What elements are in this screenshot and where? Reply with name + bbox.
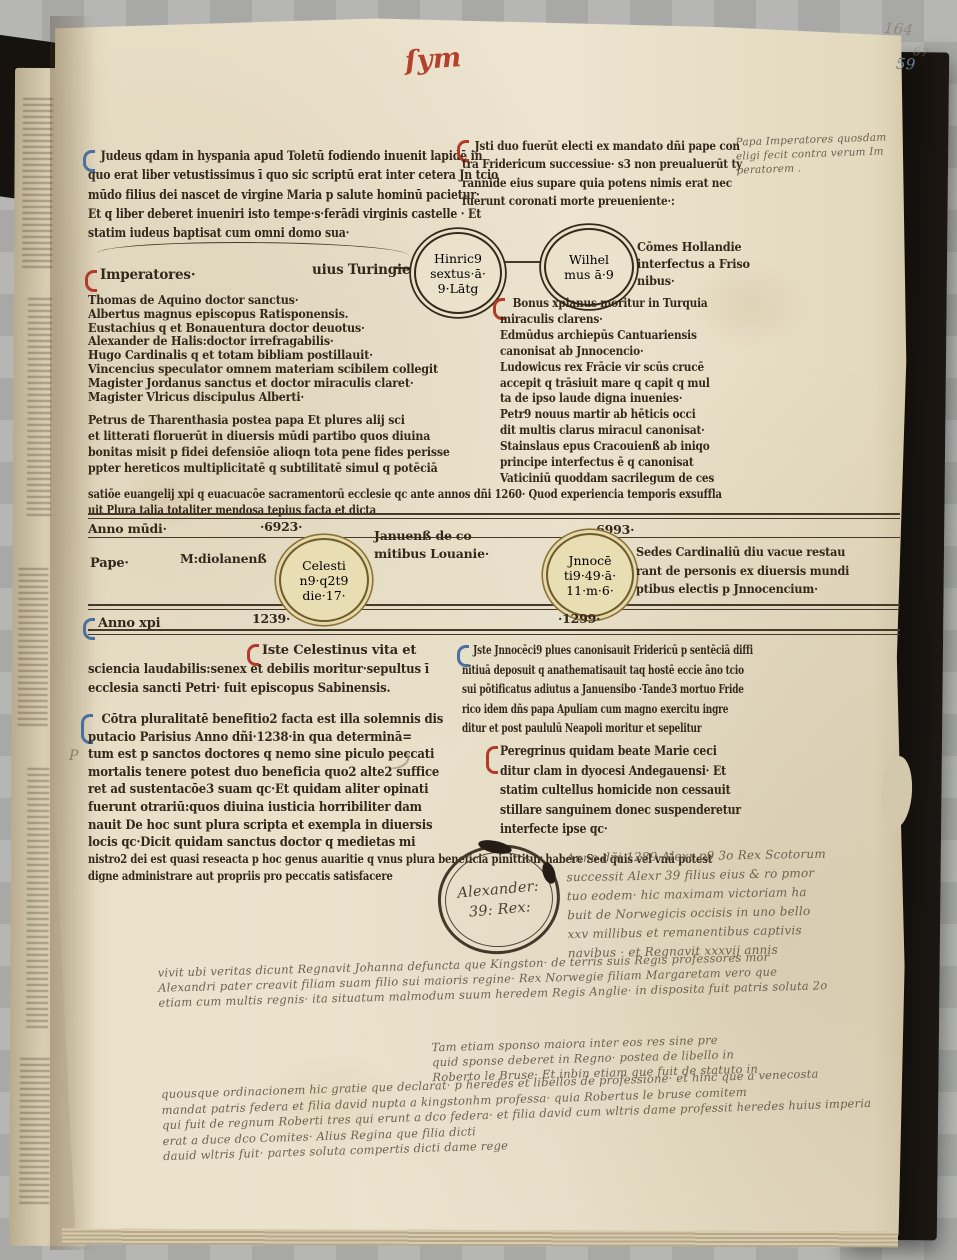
comes-hollandie-note: Cōmes Hollandieinterfectus a Frisonibus· — [637, 238, 762, 289]
edge-text-fragment — [18, 568, 49, 728]
text-line: mitibus Louanie· — [374, 545, 489, 563]
sedes-cardinalium-note: Sedes Cardinaliū diu vacue restaurant de… — [636, 543, 873, 599]
text-line: Thomas de Aquino doctor sanctus· — [88, 294, 438, 308]
timeline-dash — [505, 261, 540, 263]
scholars-list: Thomas de Aquino doctor sanctus·Albertus… — [88, 294, 464, 404]
text-line: mus ā·9 — [564, 267, 614, 282]
text-line: ecclesia sancti Petri· fuit episcopus Sa… — [88, 679, 429, 698]
text-line: Hugo Cardinalis q et totam bibliam posti… — [88, 349, 438, 363]
text-line: Eustachius q et Bonauentura doctor deuot… — [88, 322, 438, 336]
text-line: ta de ipso laude digna inuenies· — [500, 390, 714, 406]
text-line: Iste Celestinus vita et — [262, 641, 416, 660]
pape-label: Pape· — [90, 556, 129, 571]
text-line: mūdo filius dei nascet de virgine Maria … — [88, 186, 498, 205]
text-line: Et q liber deberet inueniri isto tempe·s… — [88, 205, 498, 224]
pope-circle-innocentius: Jnnocēti9·49·ā·11·m·6· — [546, 533, 634, 617]
text-line: Albertus magnus episcopus Ratisponensis. — [88, 308, 438, 322]
bottom-page-edges — [62, 1229, 898, 1248]
edge-text-fragment — [26, 768, 49, 1028]
text-line: Hinric9 — [434, 251, 482, 266]
text-line: fuerunt coronati morte preueniente·: — [462, 192, 742, 210]
lombard-paraph-red — [85, 270, 97, 292]
text-line: ptibus electis p Jnnocencium· — [636, 580, 849, 599]
text-line: accepit q trāsiuit mare q capit q mul — [500, 375, 714, 391]
text-line: sextus·ā· — [430, 266, 486, 281]
text-line: Cōmes Hollandie — [637, 238, 750, 255]
text-line: interfecte ipse qc· — [500, 820, 741, 840]
text-line: miraculis clarens· — [500, 311, 714, 327]
anno-christi-right-value: ·1299· — [558, 611, 600, 626]
alexander-circle-inner-ring — [441, 847, 557, 951]
text-line: Jnnocē — [568, 553, 611, 568]
text-line: rant de personis ex diuersis mundi — [636, 562, 849, 581]
text-line: statim cultellus homicide non cessauit — [500, 781, 741, 801]
text-line: Vaticiniū quoddam sacrilegum de ces — [500, 470, 714, 486]
text-line: bonitas misit p fidei defensiōe alioqn t… — [88, 444, 450, 460]
text-line: Peregrinus quidam beate Marie ceci — [500, 742, 741, 762]
januensis-note: Januenß de comitibus Louanie· — [374, 527, 489, 563]
text-line: Judeus qdam in hyspania apud Toletū fodi… — [88, 147, 498, 166]
text-line: die·17· — [302, 588, 345, 603]
isti-duo-paragraph: Jsti duo fuerūt electi ex mandato dñi pa… — [462, 137, 795, 210]
timeline-rail — [88, 634, 900, 635]
celestinus-paragraph: sciencia laudabilis:senex et debilis mor… — [88, 660, 467, 698]
text-line: Vincencius speculator omnem materiam sci… — [88, 363, 438, 377]
handwriting-block-alexander: Anno dñi 1289 Alexr p9 3o Rex Scotorumsu… — [566, 845, 828, 964]
text-line: putacio Parisius Anno dñi·1238·in qua de… — [88, 729, 443, 747]
celestinus-paragraph-first-line: Iste Celestinus vita et — [262, 641, 416, 660]
pope-circle-celestinus: Celestin9·q2t9die·17· — [279, 538, 369, 622]
text-line: Wilhel — [569, 252, 609, 267]
text-line: Magister Vlricus discipulus Alberti· — [88, 391, 438, 405]
lombard-paraph-blue — [83, 618, 95, 640]
text-line: Januenß de co — [374, 527, 489, 545]
text-line: Stainslaus epus Cracouienß ab iniqo — [500, 438, 714, 454]
photo-background: ſym 164 67 59 Papa Imperatores quosdamel… — [0, 0, 957, 1260]
text-line: nauit De hoc sunt plura scripta et exemp… — [88, 817, 443, 835]
text-line: Cōtra pluralitatē benefitio2 facta est i… — [88, 711, 443, 729]
timeline-rail — [88, 629, 900, 631]
text-line: Bonus xpianus moritur in Turquia — [500, 295, 714, 311]
text-line: nibus· — [637, 272, 750, 289]
anno-mundi-label: Anno mūdi· — [88, 521, 167, 536]
timeline-rail — [88, 609, 900, 610]
timeline-rail — [88, 604, 900, 606]
text-line: principe interfectus ē q canonisat — [500, 454, 714, 470]
timeline-rail — [88, 518, 900, 519]
peregrinus-paragraph: Peregrinus quidam beate Marie ceciditur … — [500, 742, 787, 840]
text-line: ti9·49·ā· — [564, 568, 616, 583]
contra-pluralitatem-paragraph: Cōtra pluralitatē benefitio2 facta est i… — [88, 711, 483, 852]
text-line: mortalis tenere potest duo beneficia quo… — [88, 764, 443, 782]
text-line: nitiuā deposuit q anathematisauit taq ho… — [462, 661, 753, 681]
header-quire-mark: ſym — [404, 42, 463, 77]
turingie-caption: uius Turingie — [312, 262, 410, 278]
text-line: stillare sanguinem donec suspenderetur — [500, 801, 741, 821]
text-line: Edmūdus archiepūs Cantuariensis — [500, 327, 714, 343]
text-line: dit multis clarus miracul canonisat· — [500, 422, 714, 438]
text-line: Petrus de Tharenthasia postea papa Et pl… — [88, 412, 450, 428]
text-line: uit Plura talia totaliter mendosa tepius… — [88, 502, 722, 518]
edge-text-fragment — [19, 1058, 50, 1208]
imperatores-heading: Imperatores· — [100, 267, 195, 283]
text-line: ditur clam in dyocesi Andegauensi· Et — [500, 762, 741, 782]
text-line: Magister Jordanus sanctus et doctor mira… — [88, 377, 438, 391]
petrus-continuation: Petrus de Tharenthasia postea papa Et pl… — [88, 412, 499, 476]
text-line: quo erat liber vetustissimus ī quo sic s… — [88, 166, 498, 185]
saints-right-column: Bonus xpianus moritur in Turquiamiraculi… — [500, 295, 755, 486]
text-line: satiōe euangelij xpi q euacuacōe sacrame… — [88, 486, 722, 502]
text-line: fuerunt otrariū:quos diuina iusticia hor… — [88, 799, 443, 817]
text-line: ret ad sustentacōe3 suam qc·Et quidam al… — [88, 781, 443, 799]
anno-mundi-left-value: ·6923· — [260, 519, 302, 534]
margin-p-mark: P — [69, 748, 79, 764]
text-line: ditur et post paululū Neapoli moritur et… — [462, 719, 753, 739]
anno-christi-label: Anno xpi — [98, 616, 160, 631]
text-line: Alexander de Halis:doctor irrefragabilis… — [88, 335, 438, 349]
text-line: Petr9 nouus martir ab hēticis occi — [500, 406, 714, 422]
text-line: Celesti — [302, 558, 346, 573]
text-line: sciencia laudabilis:senex et debilis mor… — [88, 660, 429, 679]
edge-text-fragment — [22, 98, 53, 268]
text-line: 11·m·6· — [566, 583, 614, 598]
text-line: Ludowicus rex Frācie vir scūs crucē — [500, 359, 714, 375]
text-line: Jsti duo fuerūt electi ex mandato dñi pa… — [462, 137, 742, 155]
innocentius-paragraph: Jste Jnnocēci9 plues canonisauit Frideri… — [462, 641, 855, 739]
anno-christi-left-value: 1239· — [252, 611, 290, 626]
text-line: interfectus a Friso — [637, 255, 750, 272]
folio-number-blue: 59 — [896, 55, 916, 74]
timeline-rail — [88, 537, 900, 538]
text-line: ppter hereticos multiplicitatē q subtili… — [88, 460, 450, 476]
text-line: rannide eius supare quia potens nimis er… — [462, 174, 742, 192]
text-line: canonisat ab Jnnocencio· — [500, 343, 714, 359]
text-line: n9·q2t9 — [300, 573, 349, 588]
timeline-rail — [88, 513, 900, 515]
lombard-paraph-red — [486, 746, 498, 774]
text-line: Sedes Cardinaliū diu vacue restau — [636, 543, 849, 562]
text-line: et litterati floruerūt in diuersis mūdi … — [88, 428, 450, 444]
text-line: locis qc·Dicit quidam sanctus doctor q m… — [88, 834, 443, 852]
text-line: Jste Jnnocēci9 plues canonisauit Frideri… — [462, 641, 753, 661]
mediolanensis-label: M:diolanenß — [180, 551, 267, 566]
folio-number-pencil: 164 — [883, 19, 914, 39]
text-line: sui pōtificatus adiutus a Januensibo ·Ta… — [462, 680, 753, 700]
text-line: rico idem dñs papa Apuliam cum magno exe… — [462, 700, 753, 720]
text-line: tra Fridericum successiue· s3 non preual… — [462, 155, 742, 173]
edge-text-fragment — [27, 298, 52, 518]
